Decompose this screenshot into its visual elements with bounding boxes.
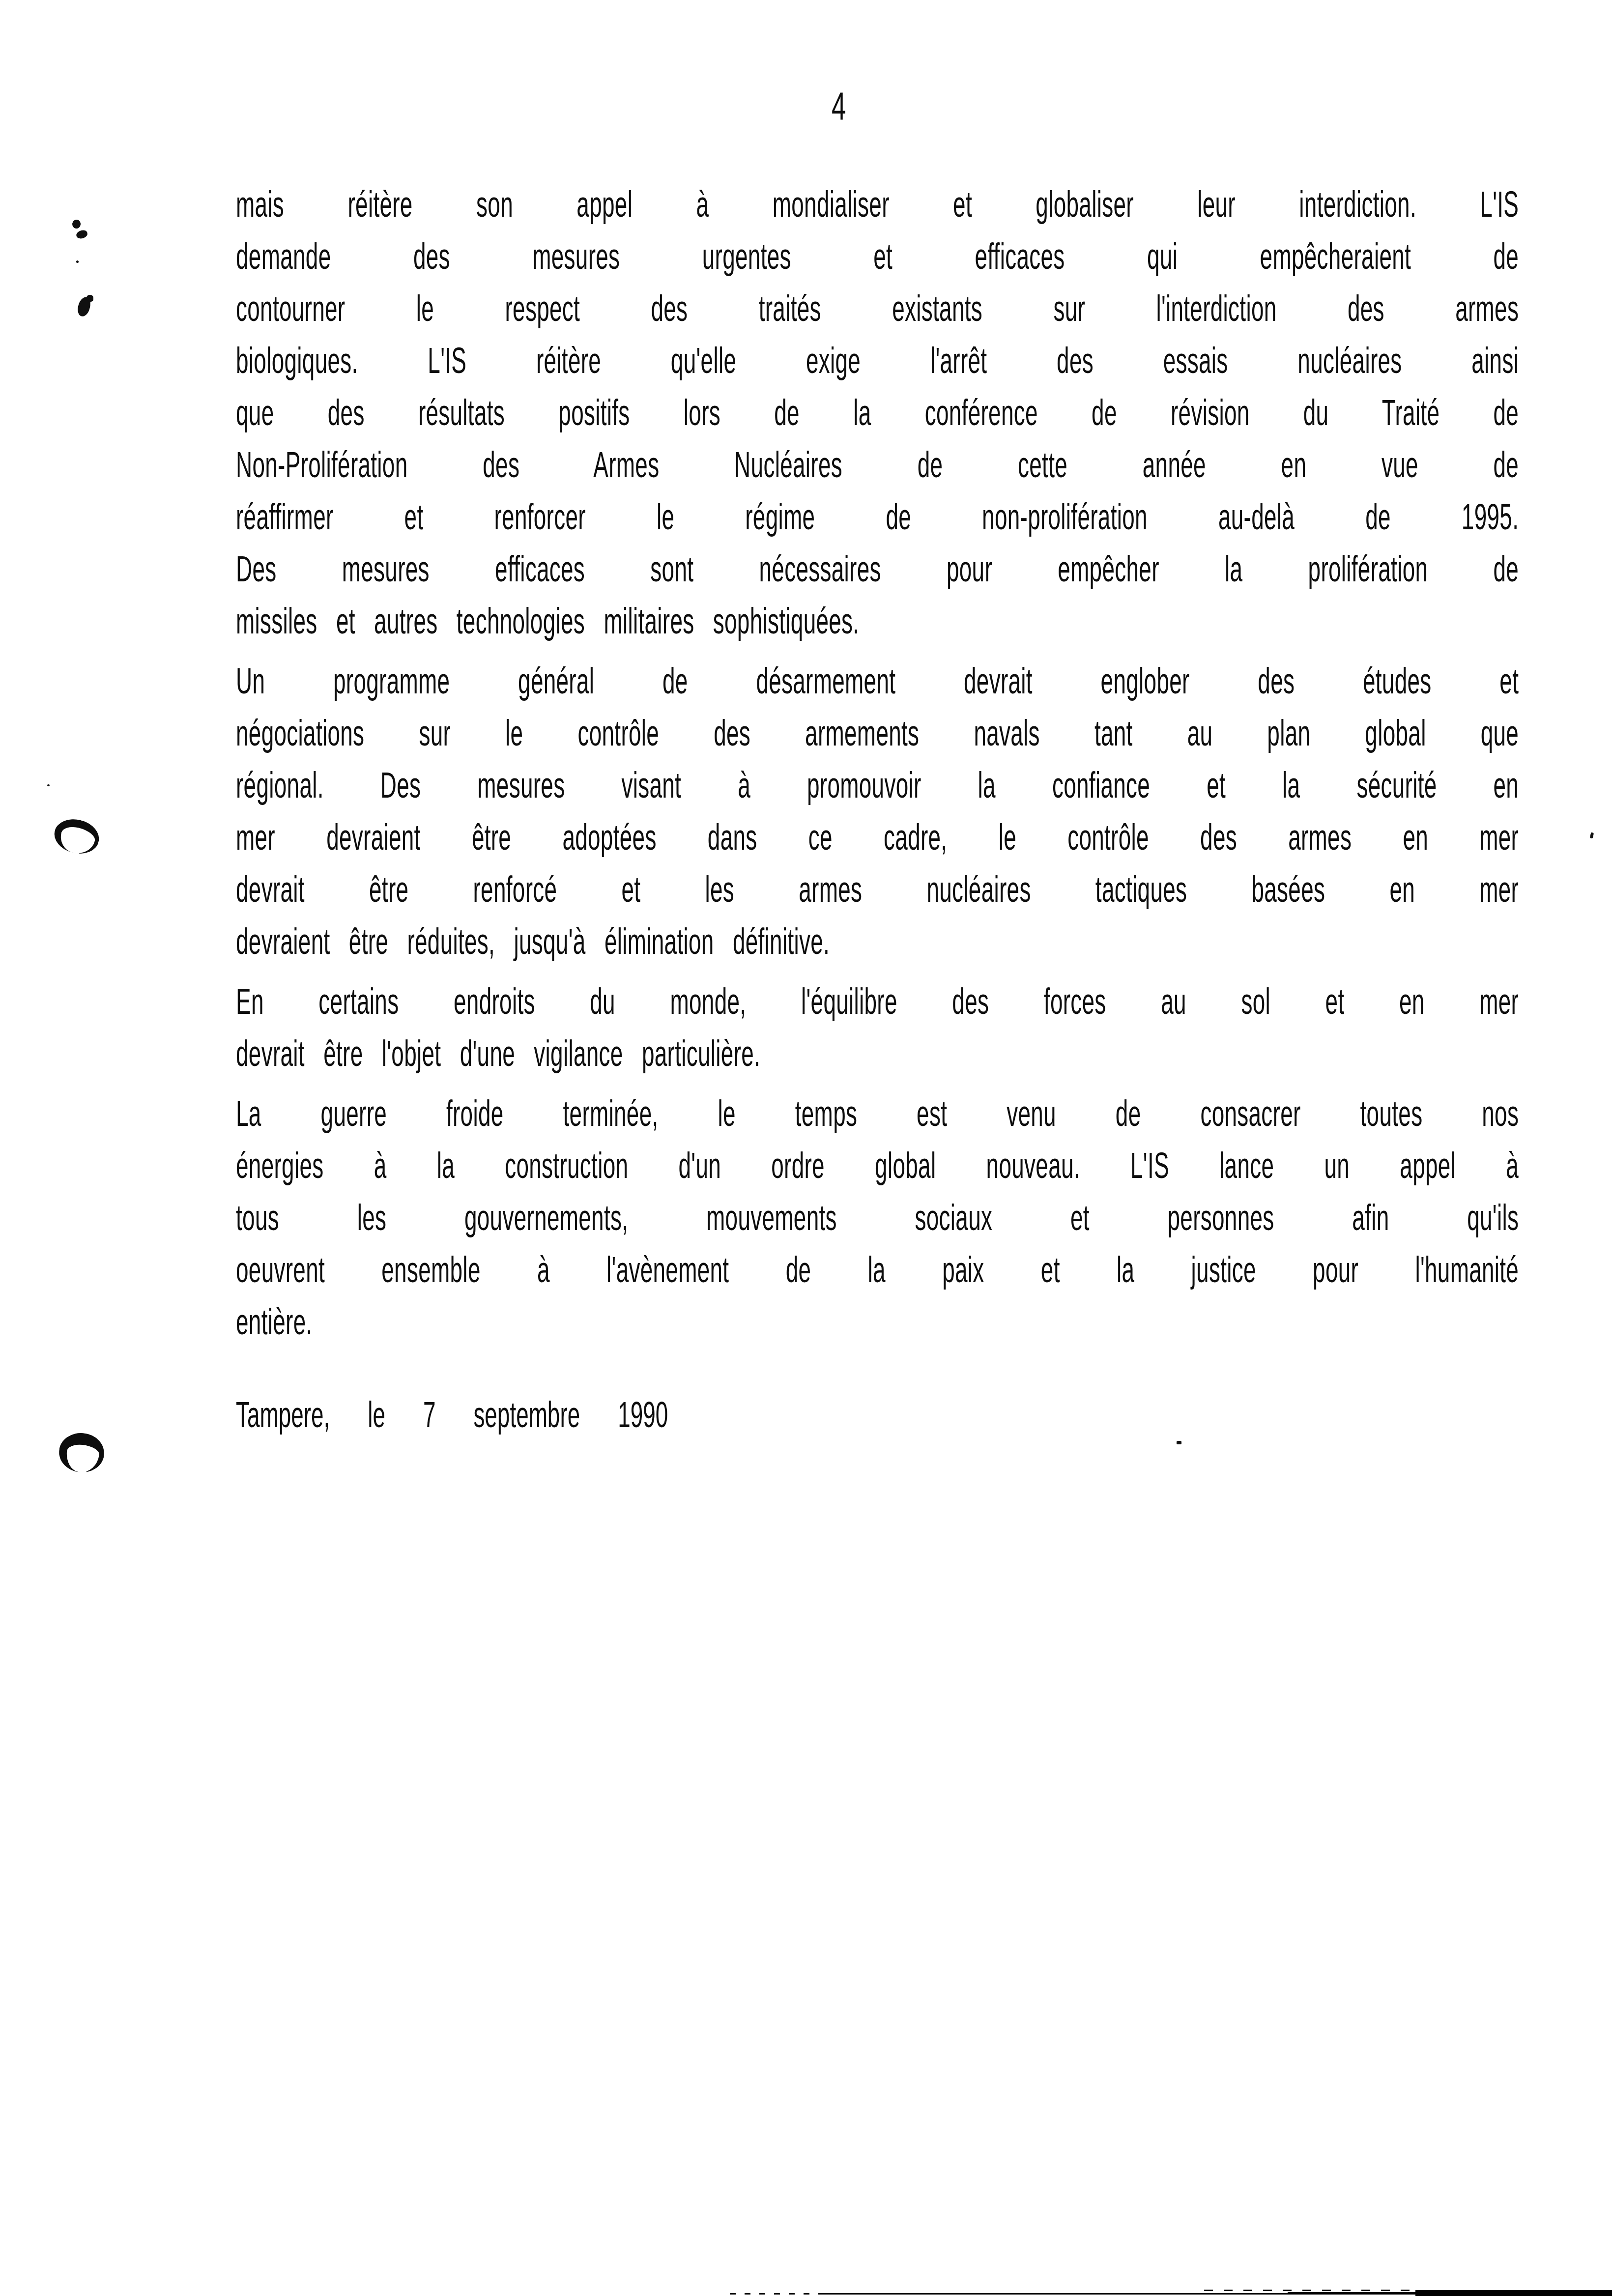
ink-speck: [72, 219, 81, 229]
crescent-mark-icon: [57, 1431, 106, 1474]
text-line: entière.: [236, 1296, 1519, 1348]
text-line: tous les gouvernements, mouvements socia…: [236, 1192, 1519, 1244]
crescent-mark-icon: [51, 815, 103, 858]
scan-edge-line: [820, 2293, 1292, 2295]
page-number: 4: [832, 86, 846, 126]
ink-speck: [1177, 1441, 1181, 1444]
paragraph-1: mais réitère son appel à mondialiser et …: [236, 178, 1519, 647]
text-line: régional. Des mesures visant à promouvoi…: [236, 759, 1519, 811]
scan-edge-line: [1204, 2290, 1415, 2291]
dateline: Tampere, le 7 septembre 1990: [236, 1389, 1519, 1441]
paragraph-3: En certains endroits du monde, l'équilib…: [236, 976, 1519, 1080]
scan-edge-line: [1288, 2292, 1420, 2295]
scan-edge-line: [1415, 2290, 1612, 2296]
text-line: mer devraient être adoptées dans ce cadr…: [236, 811, 1519, 863]
scanned-document-page: 4 mais réitère son appel à mondialiser e…: [0, 0, 1612, 2296]
text-line: missiles et autres technologies militair…: [236, 595, 1519, 647]
text-line: Non-Prolifération des Armes Nucléaires d…: [236, 439, 1519, 491]
text-line: mais réitère son appel à mondialiser et …: [236, 178, 1519, 230]
paragraph-2: Un programme général de désarmement devr…: [236, 655, 1519, 968]
text-line: devraient être réduites, jusqu'à élimina…: [236, 916, 1519, 968]
ink-speck: [47, 784, 50, 786]
text-line: biologiques. L'IS réitère qu'elle exige …: [236, 335, 1519, 387]
text-line: En certains endroits du monde, l'équilib…: [236, 976, 1519, 1028]
text-line: oeuvrent ensemble à l'avènement de la pa…: [236, 1244, 1519, 1296]
text-line: Des mesures efficaces sont nécessaires p…: [236, 543, 1519, 595]
ink-blob: [86, 295, 93, 302]
text-line: La guerre froide terminée, le temps est …: [236, 1088, 1519, 1140]
text-line: Un programme général de désarmement devr…: [236, 655, 1519, 707]
ink-speck: [1590, 832, 1594, 839]
text-line: contourner le respect des traités exista…: [236, 283, 1519, 335]
text-line: négociations sur le contrôle des armemen…: [236, 707, 1519, 759]
ink-speck: [76, 260, 79, 263]
text-line: énergies à la construction d'un ordre gl…: [236, 1140, 1519, 1192]
text-line: réaffirmer et renforcer le régime de non…: [236, 491, 1519, 543]
text-line: devrait être l'objet d'une vigilance par…: [236, 1028, 1519, 1080]
text-line: devrait être renforcé et les armes nuclé…: [236, 863, 1519, 916]
text-line: que des résultats positifs lors de la co…: [236, 387, 1519, 439]
paragraph-4: La guerre froide terminée, le temps est …: [236, 1088, 1519, 1348]
ink-speck: [75, 229, 88, 239]
scan-edge-line: [730, 2293, 826, 2295]
text-line: demande des mesures urgentes et efficace…: [236, 230, 1519, 283]
